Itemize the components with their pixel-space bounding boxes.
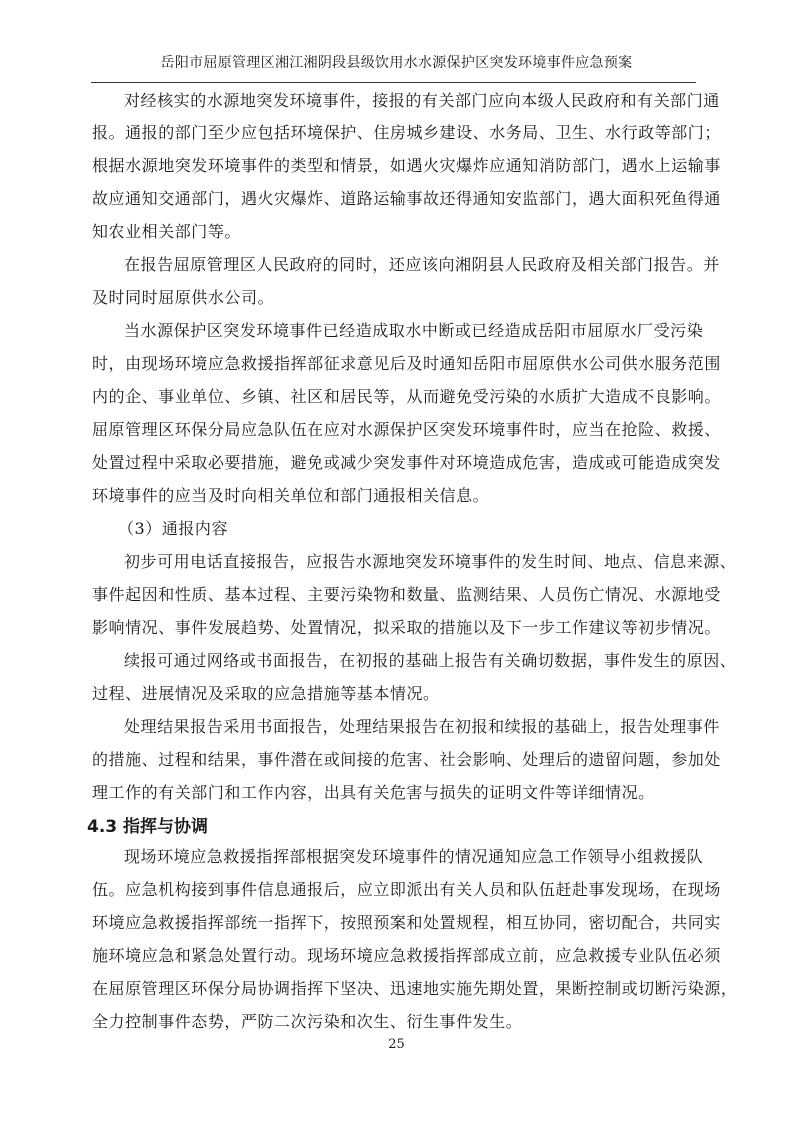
subheading: （3）通报内容 xyxy=(118,518,698,540)
paragraph-line: 当水源保护区突发环境事件已经造成取水中断或已经造成岳阳市屈原水厂受污染 xyxy=(124,320,704,342)
paragraph-line: 对经核实的水源地突发环境事件，接报的有关部门应向本级人民政府和有关部门通 xyxy=(124,90,704,112)
paragraph-line: 在屈原管理区环保分局协调指挥下坚决、迅速地实施先期处置，果断控制或切断污染源， xyxy=(92,978,704,1000)
paragraph-line: 续报可通过网络或书面报告，在初报的基础上报告有关确切数据，事件发生的原因、 xyxy=(124,650,704,672)
paragraph-line: 环境应急救援指挥部统一指挥下，按照预案和处置规程，相互协同，密切配合，共同实 xyxy=(92,912,704,934)
paragraph-line: 现场环境应急救援指挥部根据突发环境事件的情况通知应急工作领导小组救援队 xyxy=(124,846,704,868)
paragraph-line: 时，由现场环境应急救援指挥部征求意见后及时通知岳阳市屈原供水公司供水服务范围 xyxy=(92,353,704,375)
paragraph-line: 事件起因和性质、基本过程、主要污染物和数量、监测结果、人员伤亡情况、水源地受 xyxy=(92,584,704,606)
paragraph-line: 过程、进展情况及采取的应急措施等基本情况。 xyxy=(92,683,704,705)
paragraph-line: 根据水源地突发环境事件的类型和情景，如遇火灾爆炸应通知消防部门，遇水上运输事 xyxy=(92,155,704,177)
paragraph-line: 知农业相关部门等。 xyxy=(92,221,704,243)
paragraph-line: 处置过程中采取必要措施，避免或减少突发事件对环境造成危害，造成或可能造成突发 xyxy=(92,452,704,474)
paragraph-line: 处理结果报告采用书面报告，处理结果报告在初报和续报的基础上，报告处理事件 xyxy=(124,716,704,738)
paragraph-line: 报。通报的部门至少应包括环境保护、住房城乡建设、水务局、卫生、水行政等部门； xyxy=(92,122,704,144)
paragraph-line: 故应通知交通部门，遇火灾爆炸、道路运输事故还得通知安监部门，遇大面积死鱼得通 xyxy=(92,188,704,210)
section-heading: 4.3 指挥与协调 xyxy=(87,812,208,837)
paragraph-line: 伍。应急机构接到事件信息通报后，应立即派出有关人员和队伍赶赴事发现场，在现场 xyxy=(92,879,704,901)
paragraph-line: 全力控制事件态势，严防二次污染和次生、衍生事件发生。 xyxy=(92,1011,704,1033)
paragraph-line: 的措施、过程和结果，事件潜在或间接的危害、社会影响、处理后的遗留问题，参加处 xyxy=(92,749,704,771)
paragraph-line: 理工作的有关部门和工作内容，出具有关危害与损失的证明文件等详细情况。 xyxy=(92,782,704,804)
paragraph-line: 影响情况、事件发展趋势、处置情况，拟采取的措施以及下一步工作建议等初步情况。 xyxy=(92,617,704,639)
running-header: 岳阳市屈原管理区湘江湘阴段县级饮用水水源保护区突发环境事件应急预案 xyxy=(0,52,793,72)
paragraph-line: 内的企、事业单位、乡镇、社区和居民等，从而避免受污染的水质扩大造成不良影响。 xyxy=(92,386,704,408)
page-number: 25 xyxy=(0,1037,793,1052)
paragraph-line: 环境事件的应当及时向相关单位和部门通报相关信息。 xyxy=(92,485,704,507)
paragraph-line: 及时同时屈原供水公司。 xyxy=(92,287,704,309)
paragraph-line: 初步可用电话直接报告，应报告水源地突发环境事件的发生时间、地点、信息来源、 xyxy=(124,551,704,573)
paragraph-line: 施环境应急和紧急处置行动。现场环境应急救援指挥部成立前，应急救援专业队伍必须 xyxy=(92,945,704,967)
paragraph-line: 在报告屈原管理区人民政府的同时，还应该向湘阴县人民政府及相关部门报告。并 xyxy=(124,254,704,276)
header-rule xyxy=(91,82,696,83)
paragraph-line: 屈原管理区环保分局应急队伍在应对水源保护区突发环境事件时，应当在抢险、救援、 xyxy=(92,419,704,441)
